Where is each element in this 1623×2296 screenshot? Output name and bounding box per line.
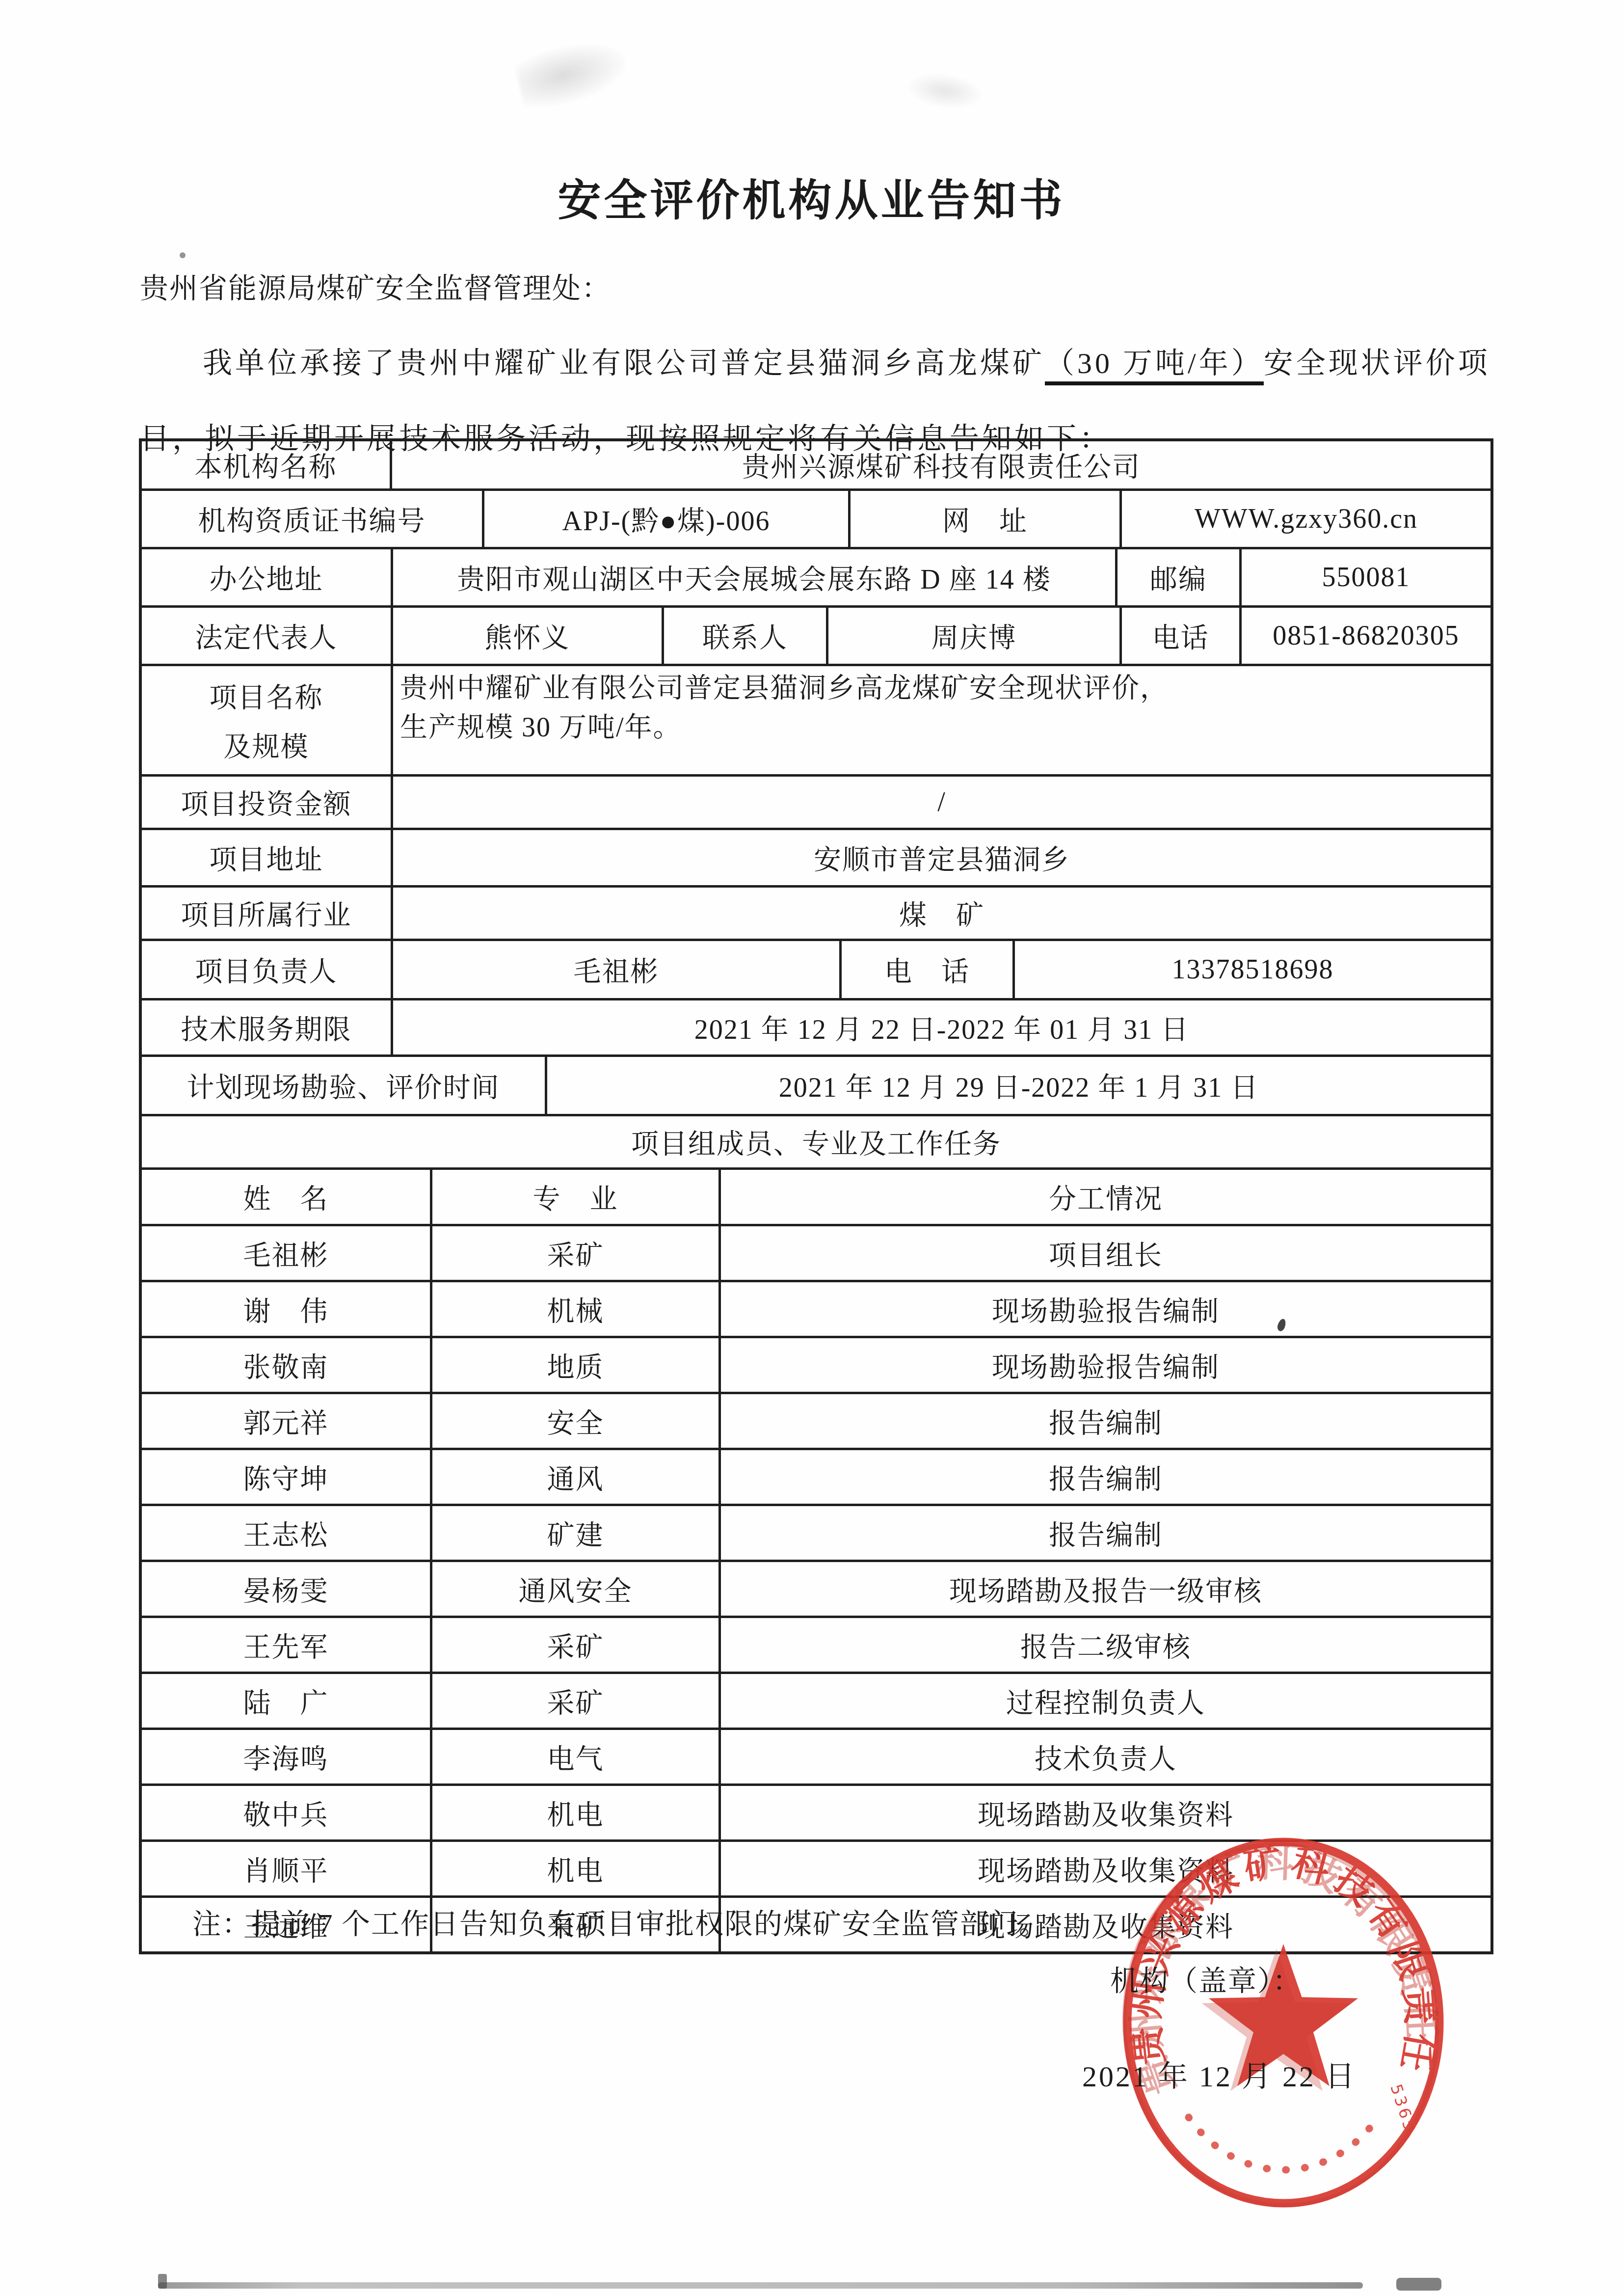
phone-value: 0851-86820305 [1242, 608, 1490, 664]
table-row-legal-rep: 法定代表人 熊怀义 联系人 周庆博 电话 0851-86820305 [142, 605, 1490, 664]
cert-label: 机构资质证书编号 [142, 491, 484, 547]
office-label: 办公地址 [142, 549, 393, 605]
team-member-row: 李海鸣 电气 技术负责人 [142, 1728, 1490, 1783]
scan-edge-shadow [158, 2282, 1363, 2289]
table-row-org-name: 本机构名称 贵州兴源煤矿科技有限责任公司 [142, 441, 1490, 488]
member-name: 谢 伟 [142, 1282, 432, 1336]
member-name: 郭元祥 [142, 1394, 432, 1448]
table-row-team-header: 项目组成员、专业及工作任务 [142, 1114, 1490, 1167]
intro-text: 我单位承接了贵州中耀矿业有限公司普定县猫洞乡高龙煤矿 [203, 347, 1045, 379]
member-name: 肖顺平 [142, 1842, 432, 1895]
table-row-investment: 项目投资金额 / [142, 774, 1490, 828]
table-row-project-address: 项目地址 安顺市普定县猫洞乡 [142, 828, 1490, 885]
contact-label: 联系人 [664, 608, 828, 664]
scan-smudge [904, 68, 986, 113]
member-duty: 报告二级审核 [721, 1618, 1490, 1672]
member-name: 王先军 [142, 1618, 432, 1672]
industry-label: 项目所属行业 [142, 888, 393, 939]
member-major: 安全 [432, 1394, 721, 1448]
team-member-row: 谢 伟 机械 现场勘验报告编制 [142, 1280, 1490, 1336]
member-name: 李海鸣 [142, 1730, 432, 1783]
legal-rep-value: 熊怀义 [393, 608, 664, 664]
table-row-cert: 机构资质证书编号 APJ-(黔●煤)-006 网 址 WWW.gzxy360.c… [142, 488, 1490, 547]
page-title: 安全评价机构从业告知书 [0, 166, 1623, 228]
scan-edge-shadow [158, 2274, 167, 2289]
member-major: 机电 [432, 1842, 721, 1895]
team-member-row: 郭元祥 安全 报告编制 [142, 1392, 1490, 1448]
service-period-value: 2021 年 12 月 22 日-2022 年 01 月 31 日 [393, 1000, 1490, 1054]
signature-date: 2021 年 12 月 22 日 [1082, 2053, 1357, 2095]
website-value: WWW.gzxy360.cn [1122, 491, 1490, 547]
member-duty: 报告编制 [721, 1394, 1490, 1448]
intro-text: 安全现状评价项 [1264, 347, 1490, 379]
member-major: 地质 [432, 1338, 721, 1392]
project-name-line1: 贵州中耀矿业有限公司普定县猫洞乡高龙煤矿安全现状评价， [400, 666, 1169, 705]
project-name-label: 项目名称 及规模 [142, 666, 393, 774]
project-name-value: 贵州中耀矿业有限公司普定县猫洞乡高龙煤矿安全现状评价， 生产规模 30 万吨/年… [393, 666, 1490, 774]
zip-label: 邮编 [1117, 549, 1242, 605]
team-member-row: 张敬南 地质 现场勘验报告编制 [142, 1336, 1490, 1392]
member-name: 陆 广 [142, 1674, 432, 1728]
salutation-line: 贵州省能源局煤矿安全监督管理处： [140, 265, 611, 306]
cert-value: APJ-(黔●煤)-006 [484, 491, 851, 547]
project-address-value: 安顺市普定县猫洞乡 [393, 830, 1490, 885]
member-major: 通风 [432, 1450, 721, 1504]
member-major: 通风安全 [432, 1562, 721, 1616]
leader-phone-label: 电 话 [842, 941, 1015, 998]
industry-value: 煤 矿 [393, 888, 1490, 939]
table-row-survey-time: 计划现场勘验、评价时间 2021 年 12 月 29 日-2022 年 1 月 … [142, 1054, 1490, 1114]
service-period-label: 技术服务期限 [142, 1000, 393, 1054]
team-col-major: 专 业 [432, 1170, 721, 1224]
member-duty: 过程控制负责人 [721, 1674, 1490, 1728]
footnote: 注：提前 7 个工作日告知负有项目审批权限的煤矿安全监管部门。 [192, 1901, 1048, 1942]
scan-edge-shadow [1396, 2278, 1441, 2291]
team-member-row: 王先军 采矿 报告二级审核 [142, 1616, 1490, 1672]
team-col-name: 姓 名 [142, 1170, 432, 1224]
member-major: 矿建 [432, 1506, 721, 1560]
team-member-row: 陈守坤 通风 报告编制 [142, 1448, 1490, 1504]
leader-phone-value: 13378518698 [1015, 941, 1490, 998]
member-name: 张敬南 [142, 1338, 432, 1392]
zip-value: 550081 [1242, 549, 1490, 605]
investment-value: / [393, 777, 1490, 828]
phone-label: 电话 [1122, 608, 1242, 664]
member-name: 陈守坤 [142, 1450, 432, 1504]
member-duty: 报告编制 [721, 1506, 1490, 1560]
underlined-capacity: （30 万吨/年） [1045, 347, 1264, 385]
team-col-duty: 分工情况 [721, 1170, 1490, 1224]
member-duty: 技术负责人 [721, 1730, 1490, 1783]
member-duty: 报告编制 [721, 1450, 1490, 1504]
seal-serial-number: 5365 [1386, 2082, 1419, 2135]
table-row-service-period: 技术服务期限 2021 年 12 月 22 日-2022 年 01 月 31 日 [142, 998, 1490, 1054]
org-name-label: 本机构名称 [142, 441, 392, 488]
team-member-row: 王志松 矿建 报告编制 [142, 1504, 1490, 1560]
member-duty: 现场勘验报告编制 [721, 1282, 1490, 1336]
document-page: 安全评价机构从业告知书 贵州省能源局煤矿安全监督管理处： 我单位承接了贵州中耀矿… [0, 0, 1623, 2296]
project-name-label-line2: 及规模 [224, 725, 309, 764]
signature-seal-label: 机构（盖章）： [1110, 1958, 1302, 1999]
member-duty: 现场勘验报告编制 [721, 1338, 1490, 1392]
member-name: 王志松 [142, 1506, 432, 1560]
team-member-row: 陆 广 采矿 过程控制负责人 [142, 1672, 1490, 1728]
survey-time-value: 2021 年 12 月 29 日-2022 年 1 月 31 日 [547, 1057, 1490, 1114]
org-name-value: 贵州兴源煤矿科技有限责任公司 [392, 441, 1490, 488]
company-seal-stamp: 贵州兴源煤矿科技有限责任公司 贵州兴源煤矿科技有限责任公司 5365 [1097, 1811, 1470, 2234]
member-major: 机电 [432, 1786, 721, 1839]
team-header: 项目组成员、专业及工作任务 [142, 1116, 1490, 1167]
table-row-leader: 项目负责人 毛祖彬 电 话 13378518698 [142, 939, 1490, 998]
team-member-row: 毛祖彬 采矿 项目组长 [142, 1224, 1490, 1280]
website-label: 网 址 [851, 491, 1122, 547]
member-duty: 现场踏勘及报告一级审核 [721, 1562, 1490, 1616]
member-major: 采矿 [432, 1226, 721, 1280]
contact-value: 周庆博 [828, 608, 1122, 664]
seal-dotted-arc [1189, 2117, 1378, 2170]
leader-value: 毛祖彬 [393, 941, 842, 998]
team-member-row: 晏杨雯 通风安全 现场踏勘及报告一级审核 [142, 1560, 1490, 1616]
project-name-label-line1: 项目名称 [210, 676, 323, 715]
intro-paragraph-line-1: 我单位承接了贵州中耀矿业有限公司普定县猫洞乡高龙煤矿（30 万吨/年）安全现状评… [140, 340, 1514, 382]
office-value: 贵阳市观山湖区中天会展城会展东路 D 座 14 楼 [393, 549, 1117, 605]
team-columns-row: 姓 名 专 业 分工情况 [142, 1167, 1490, 1224]
member-name: 毛祖彬 [142, 1226, 432, 1280]
member-major: 采矿 [432, 1618, 721, 1672]
member-major: 电气 [432, 1730, 721, 1783]
member-major: 机械 [432, 1282, 721, 1336]
project-address-label: 项目地址 [142, 830, 393, 885]
project-name-line2: 生产规模 30 万吨/年。 [400, 705, 682, 745]
survey-time-label: 计划现场勘验、评价时间 [142, 1057, 547, 1114]
table-row-industry: 项目所属行业 煤 矿 [142, 885, 1490, 939]
member-duty: 项目组长 [721, 1226, 1490, 1280]
table-row-office: 办公地址 贵阳市观山湖区中天会展城会展东路 D 座 14 楼 邮编 550081 [142, 547, 1490, 605]
member-name: 敬中兵 [142, 1786, 432, 1839]
table-row-project-name: 项目名称 及规模 贵州中耀矿业有限公司普定县猫洞乡高龙煤矿安全现状评价， 生产规… [142, 664, 1490, 774]
legal-rep-label: 法定代表人 [142, 608, 393, 664]
member-major: 采矿 [432, 1674, 721, 1728]
scan-speck [180, 252, 186, 258]
member-name: 晏杨雯 [142, 1562, 432, 1616]
scan-smudge [512, 30, 636, 115]
investment-label: 项目投资金额 [142, 777, 393, 828]
notification-form-table: 本机构名称 贵州兴源煤矿科技有限责任公司 机构资质证书编号 APJ-(黔●煤)-… [139, 438, 1493, 1954]
leader-label: 项目负责人 [142, 941, 393, 998]
